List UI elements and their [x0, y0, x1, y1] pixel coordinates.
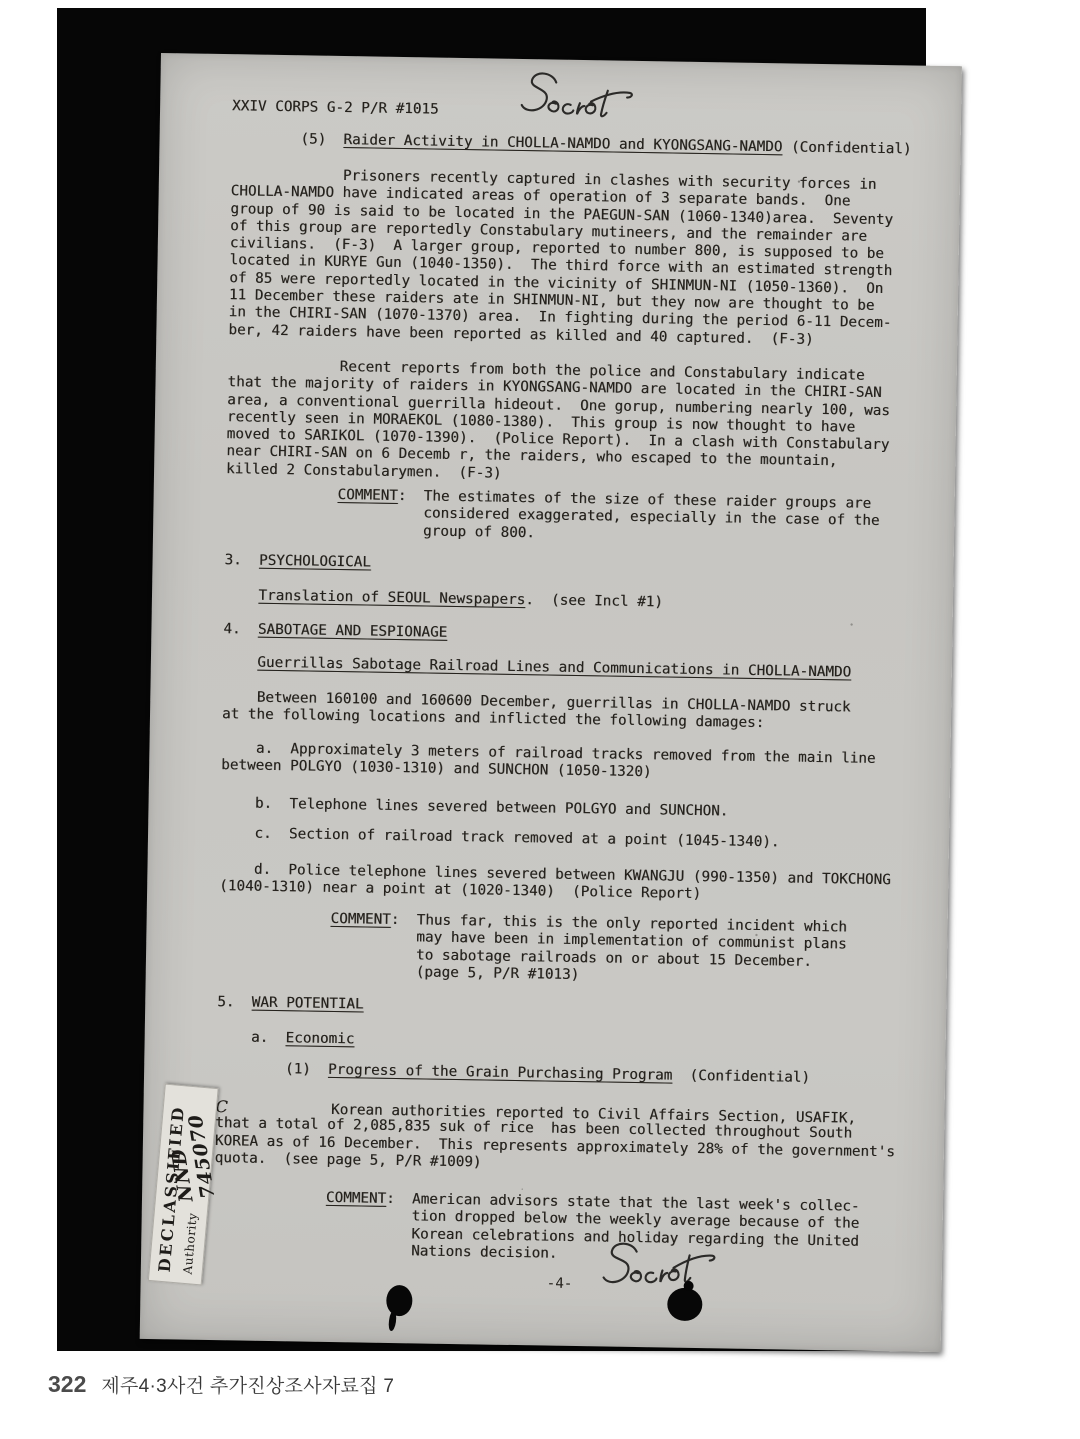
page-number: -4- [547, 1276, 573, 1292]
document-paper: XXIV CORPS G-2 P/R #1015 (5) Raider Acti… [140, 53, 962, 1352]
block-trans: Translation of SEOUL Newspapers. (see In… [224, 587, 663, 612]
block-sec3: 3. PSYCHOLOGICAL [224, 552, 371, 572]
footer-caption: 제주4·3사건 추가진상조사자료집 7 [101, 1371, 394, 1398]
page: { "document": { "classification_handwrit… [0, 0, 1080, 1439]
block-sec4: 4. SABOTAGE AND ESPIONAGE [223, 621, 447, 642]
block-korea: C Korean authorities reported to Civil A… [215, 1098, 896, 1178]
scan-background: XXIV CORPS G-2 P/R #1015 (5) Raider Acti… [57, 8, 926, 1351]
block-item-a: a. Approximately 3 meters of railroad tr… [221, 740, 876, 785]
footer-page-number: 322 [48, 1371, 86, 1398]
block-item-c: c. Section of railroad track removed at … [220, 825, 780, 852]
block-comment2: COMMENT: Thus far, this is the only repo… [218, 909, 847, 989]
secret-handwriting-top [510, 69, 643, 119]
block-item-d: d. Police telephone lines severed betwee… [219, 861, 891, 907]
block-prog: (1) Progress of the Grain Purchasing Pro… [216, 1060, 810, 1087]
block-between: Between 160100 and 160600 December, guer… [222, 689, 851, 734]
block-sec5: 5. WAR POTENTIAL [217, 994, 364, 1014]
block-para1: Prisoners recently captured in clashes w… [228, 166, 894, 350]
secret-handwriting-bottom [594, 1231, 721, 1292]
block-item-b: b. Telephone lines severed between POLGY… [220, 795, 728, 821]
block-econ: a. Economic [217, 1029, 355, 1049]
block-comment3: COMMENT: American advisors state that th… [213, 1188, 860, 1268]
typewriter-content: XXIV CORPS G-2 P/R #1015 (5) Raider Acti… [140, 53, 962, 1352]
block-guer: Guerrillas Sabotage Railroad Lines and C… [223, 654, 852, 682]
block-para2: Recent reports from both the police and … [226, 357, 891, 489]
block-h5: (5) Raider Activity in CHOLLA-NAMDO and … [231, 130, 911, 159]
block-header: XXIV CORPS G-2 P/R #1015 [232, 98, 439, 119]
block-comment1: COMMENT: The estimates of the size of th… [225, 485, 880, 548]
stamp-authority-label: Authority [181, 1212, 200, 1275]
book-footer: 322 제주4·3사건 추가진상조사자료집 7 [48, 1371, 394, 1398]
